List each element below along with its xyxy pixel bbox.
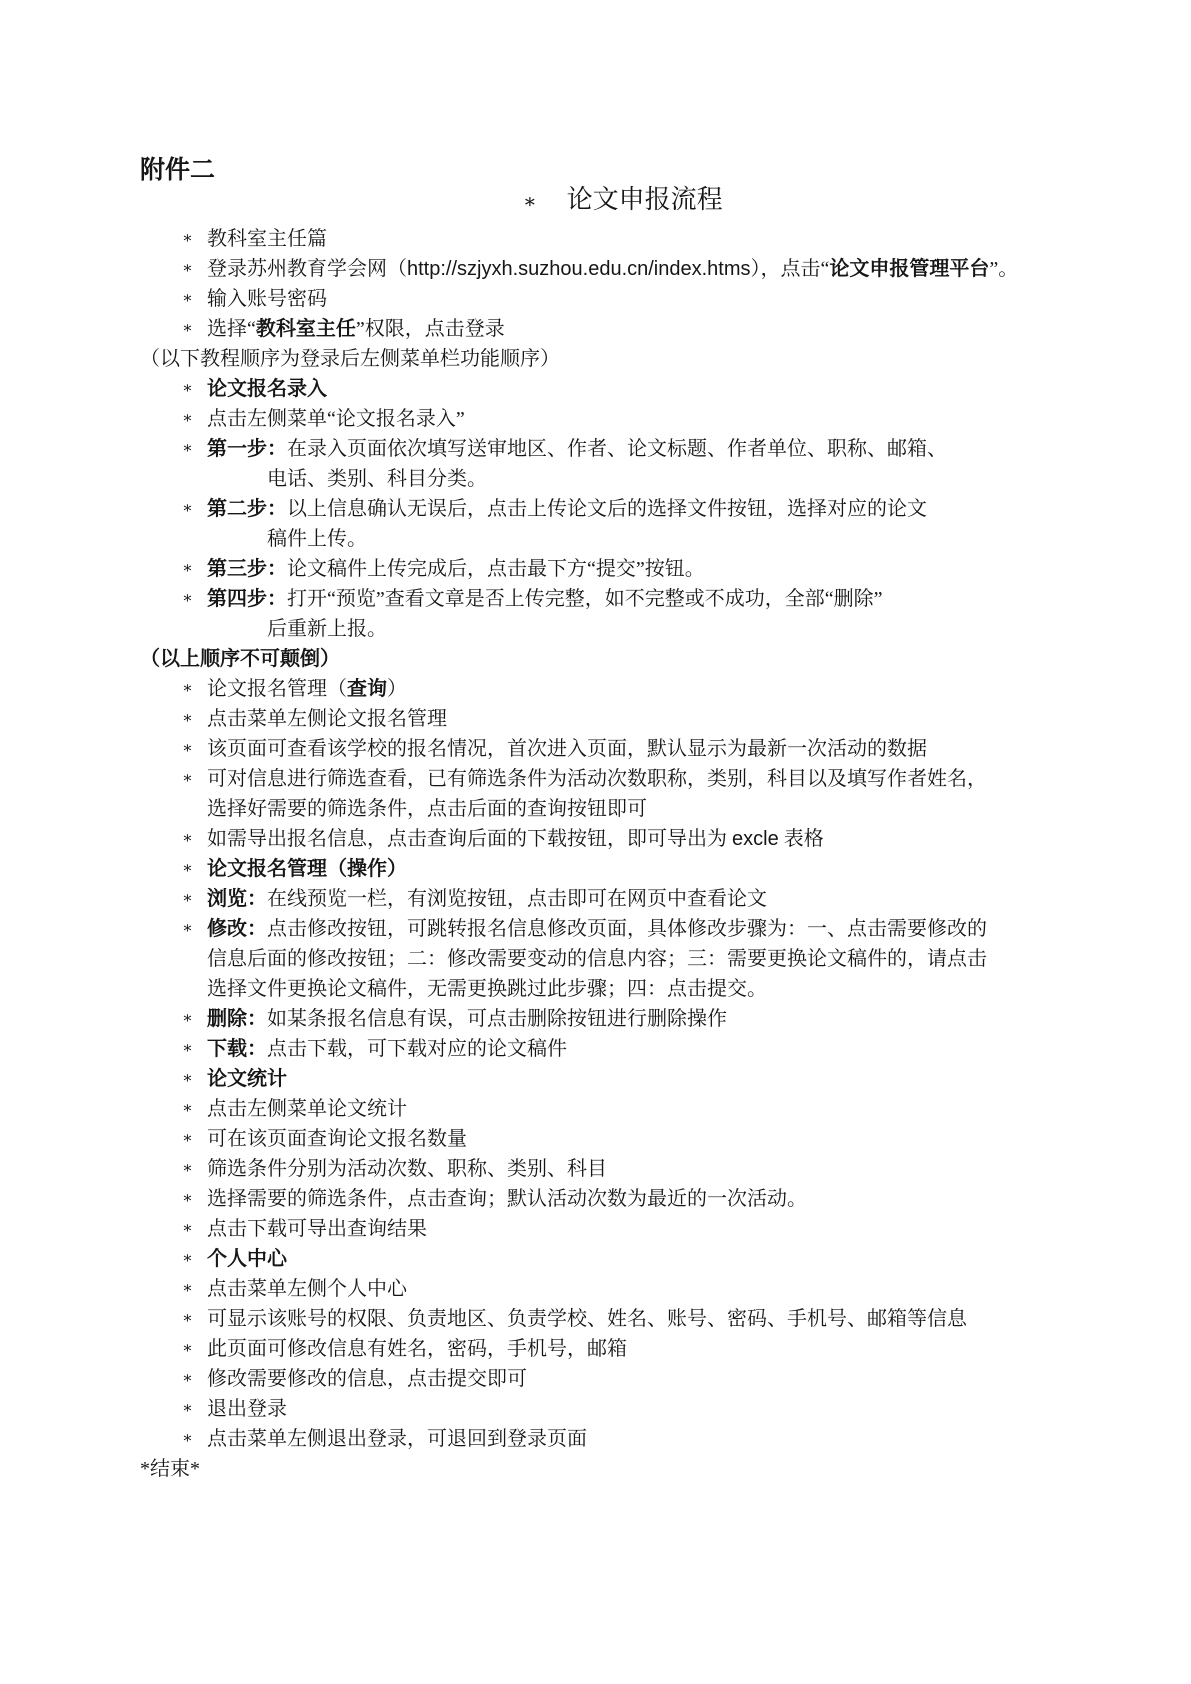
text-run: ）: [387, 678, 407, 700]
text-run: ”。: [989, 258, 1018, 280]
text-run: 登录苏州教育学会网（: [207, 258, 407, 280]
bullet-list-item: ∗论文统计: [0, 1064, 1191, 1094]
document-page: 附件二 ∗论文申报流程 ∗教科室主任篇∗登录苏州教育学会网（http://szj…: [0, 0, 1191, 1684]
text-run: 稿件上传。: [267, 528, 367, 550]
bullet-list-item: ∗可显示该账号的权限、负责地区、负责学校、姓名、账号、密码、手机号、邮箱等信息: [0, 1304, 1191, 1334]
text-run: 选择需要的筛选条件，点击查询；默认活动次数为最近的一次活动。: [207, 1188, 807, 1210]
bullet-marker-icon: ∗: [182, 314, 193, 344]
text-run: 点击下载，可下载对应的论文稿件: [267, 1038, 567, 1060]
text-run: 下载：: [207, 1038, 267, 1060]
text-run: 论文统计: [207, 1068, 287, 1090]
doc-line: 后重新上报。: [0, 614, 1191, 644]
text-run: 论文报名管理（: [207, 678, 347, 700]
text-run: 修改需要修改的信息，点击提交即可: [207, 1368, 527, 1390]
bullet-list-item: ∗退出登录: [0, 1394, 1191, 1424]
text-run: 筛选条件分别为活动次数、职称、类别、科目: [207, 1158, 607, 1180]
text-run: 论文稿件上传完成后，点击最下方“提交”按钮。: [287, 558, 705, 580]
text-run: 可显示该账号的权限、负责地区、负责学校、姓名、账号、密码、手机号、邮箱等信息: [207, 1308, 967, 1330]
text-run: 第三步：: [207, 558, 287, 580]
text-run: 后重新上报。: [267, 618, 387, 640]
bullet-list-item: ∗删除：如某条报名信息有误，可点击删除按钮进行删除操作: [0, 1004, 1191, 1034]
text-run: 如需导出报名信息，点击查询后面的下载按钮，即可导出为: [207, 828, 732, 850]
doc-line: 电话、类别、科目分类。: [0, 464, 1191, 494]
bullet-marker-icon: ∗: [182, 554, 193, 584]
bullet-list-item: ∗第三步：论文稿件上传完成后，点击最下方“提交”按钮。: [0, 554, 1191, 584]
text-run: 论文报名录入: [207, 378, 327, 400]
bullet-list-item: ∗可对信息进行筛选查看，已有筛选条件为活动次数职称，类别，科目以及填写作者姓名，: [0, 764, 1191, 794]
text-run: 删除：: [207, 1008, 267, 1030]
bullet-list-item: ∗个人中心: [0, 1244, 1191, 1274]
text-run: 论文报名管理（操作）: [207, 858, 407, 880]
bullet-list-item: ∗第二步：以上信息确认无误后，点击上传论文后的选择文件按钮，选择对应的论文: [0, 494, 1191, 524]
bullet-marker-icon: ∗: [182, 884, 193, 914]
bullet-marker-icon: ∗: [182, 1274, 193, 1304]
bullet-list-item: ∗该页面可查看该学校的报名情况，首次进入页面，默认显示为最新一次活动的数据: [0, 734, 1191, 764]
bullet-marker-icon: ∗: [182, 1394, 193, 1424]
bullet-list-item: ∗选择需要的筛选条件，点击查询；默认活动次数为最近的一次活动。: [0, 1184, 1191, 1214]
bullet-marker-icon: ∗: [182, 704, 193, 734]
bullet-list-item: ∗下载：点击下载，可下载对应的论文稿件: [0, 1034, 1191, 1064]
text-run: 第四步：: [207, 588, 287, 610]
text-run: 该页面可查看该学校的报名情况，首次进入页面，默认显示为最新一次活动的数据: [207, 738, 927, 760]
attachment-label: 附件二: [0, 155, 1191, 185]
text-run: 输入账号密码: [207, 288, 327, 310]
bullet-list-item: ∗论文报名管理（查询）: [0, 674, 1191, 704]
document-body: 附件二 ∗论文申报流程 ∗教科室主任篇∗登录苏州教育学会网（http://szj…: [0, 155, 1191, 1484]
bullet-list-item: ∗如需导出报名信息，点击查询后面的下载按钮，即可导出为 excle 表格: [0, 824, 1191, 854]
bullet-list-item: ∗第四步：打开“预览”查看文章是否上传完整，如不完整或不成功，全部“删除”: [0, 584, 1191, 614]
bullet-marker-icon: ∗: [182, 224, 193, 254]
bullet-list-item: ∗修改：点击修改按钮，可跳转报名信息修改页面，具体修改步骤为：一、点击需要修改的: [0, 914, 1191, 944]
text-run: 教科室主任: [256, 318, 356, 340]
text-run: http://szjyxh.suzhou.edu.cn/index.htms: [407, 258, 751, 280]
bullet-marker-icon: ∗: [182, 434, 193, 464]
text-run: 论文申报管理平台: [829, 258, 989, 280]
document-lines: ∗教科室主任篇∗登录苏州教育学会网（http://szjyxh.suzhou.e…: [0, 224, 1191, 1484]
text-run: 选择“: [207, 318, 256, 340]
doc-line: *结束*: [0, 1454, 1191, 1484]
bullet-marker-icon: ∗: [182, 1244, 193, 1274]
text-run: 选择好需要的筛选条件，点击后面的查询按钮即可: [207, 798, 647, 820]
bullet-marker-icon: ∗: [182, 1424, 193, 1454]
bullet-marker-icon: ∗: [182, 1064, 193, 1094]
bullet-marker-icon: ∗: [182, 914, 193, 944]
bullet-marker-icon: ∗: [182, 674, 193, 704]
bullet-list-item: ∗论文报名录入: [0, 374, 1191, 404]
bullet-marker-icon: ∗: [182, 254, 193, 284]
bullet-marker-icon: ∗: [182, 374, 193, 404]
title-bullet-marker: ∗: [523, 187, 537, 217]
text-run: 点击左侧菜单论文统计: [207, 1098, 407, 1120]
bullet-marker-icon: ∗: [182, 584, 193, 614]
text-run: 点击下载可导出查询结果: [207, 1218, 427, 1240]
bullet-marker-icon: ∗: [182, 1154, 193, 1184]
text-run: 在录入页面依次填写送审地区、作者、论文标题、作者单位、职称、邮箱、: [287, 438, 947, 460]
text-run: 表格: [779, 828, 824, 850]
bullet-list-item: ∗第一步：在录入页面依次填写送审地区、作者、论文标题、作者单位、职称、邮箱、: [0, 434, 1191, 464]
text-run: 个人中心: [207, 1248, 287, 1270]
bullet-list-item: ∗教科室主任篇: [0, 224, 1191, 254]
bullet-marker-icon: ∗: [182, 1214, 193, 1244]
text-run: 退出登录: [207, 1398, 287, 1420]
bullet-list-item: ∗输入账号密码: [0, 284, 1191, 314]
text-run: 选择文件更换论文稿件，无需更换跳过此步骤；四：点击提交。: [207, 978, 767, 1000]
bullet-marker-icon: ∗: [182, 404, 193, 434]
text-run: 点击菜单左侧退出登录，可退回到登录页面: [207, 1428, 587, 1450]
bullet-list-item: ∗点击下载可导出查询结果: [0, 1214, 1191, 1244]
text-run: 教科室主任篇: [207, 228, 327, 250]
text-run: 第一步：: [207, 438, 287, 460]
text-run: 点击菜单左侧论文报名管理: [207, 708, 447, 730]
bullet-list-item: ∗选择“教科室主任”权限，点击登录: [0, 314, 1191, 344]
doc-line: （以上顺序不可颠倒）: [0, 644, 1191, 674]
document-title-line: ∗论文申报流程: [0, 185, 1191, 217]
bullet-list-item: ∗点击左侧菜单“论文报名录入”: [0, 404, 1191, 434]
bullet-marker-icon: ∗: [182, 1304, 193, 1334]
bullet-list-item: ∗点击菜单左侧论文报名管理: [0, 704, 1191, 734]
text-run: 电话、类别、科目分类。: [267, 468, 487, 490]
text-run: 此页面可修改信息有姓名，密码，手机号，邮箱: [207, 1338, 627, 1360]
text-run: 点击左侧菜单“论文报名录入”: [207, 408, 465, 430]
text-run: 在线预览一栏，有浏览按钮，点击即可在网页中查看论文: [267, 888, 767, 910]
doc-line: 选择文件更换论文稿件，无需更换跳过此步骤；四：点击提交。: [0, 974, 1191, 1004]
doc-line: （以下教程顺序为登录后左侧菜单栏功能顺序）: [0, 344, 1191, 374]
bullet-marker-icon: ∗: [182, 1094, 193, 1124]
text-run: 修改：: [207, 918, 267, 940]
bullet-list-item: ∗此页面可修改信息有姓名，密码，手机号，邮箱: [0, 1334, 1191, 1364]
bullet-marker-icon: ∗: [182, 824, 193, 854]
bullet-marker-icon: ∗: [182, 284, 193, 314]
text-run: （以上顺序不可颠倒）: [140, 648, 340, 670]
bullet-list-item: ∗点击菜单左侧退出登录，可退回到登录页面: [0, 1424, 1191, 1454]
text-run: 打开“预览”查看文章是否上传完整，如不完整或不成功，全部“删除”: [287, 588, 883, 610]
text-run: 如某条报名信息有误，可点击删除按钮进行删除操作: [267, 1008, 727, 1030]
text-run: 查询: [347, 678, 387, 700]
text-run: 以上信息确认无误后，点击上传论文后的选择文件按钮，选择对应的论文: [287, 498, 927, 520]
bullet-marker-icon: ∗: [182, 1184, 193, 1214]
bullet-marker-icon: ∗: [182, 1004, 193, 1034]
text-run: ”权限，点击登录: [356, 318, 505, 340]
text-run: 点击菜单左侧个人中心: [207, 1278, 407, 1300]
bullet-list-item: ∗筛选条件分别为活动次数、职称、类别、科目: [0, 1154, 1191, 1184]
bullet-marker-icon: ∗: [182, 854, 193, 884]
bullet-list-item: ∗点击菜单左侧个人中心: [0, 1274, 1191, 1304]
bullet-marker-icon: ∗: [182, 494, 193, 524]
bullet-list-item: ∗可在该页面查询论文报名数量: [0, 1124, 1191, 1154]
text-run: 可对信息进行筛选查看，已有筛选条件为活动次数职称，类别，科目以及填写作者姓名，: [207, 768, 987, 790]
bullet-list-item: ∗点击左侧菜单论文统计: [0, 1094, 1191, 1124]
doc-line: 稿件上传。: [0, 524, 1191, 554]
text-run: 点击修改按钮，可跳转报名信息修改页面，具体修改步骤为：一、点击需要修改的: [267, 918, 987, 940]
text-run: 第二步：: [207, 498, 287, 520]
bullet-list-item: ∗浏览：在线预览一栏，有浏览按钮，点击即可在网页中查看论文: [0, 884, 1191, 914]
text-run: ），点击“: [751, 258, 830, 280]
bullet-list-item: ∗论文报名管理（操作）: [0, 854, 1191, 884]
bullet-marker-icon: ∗: [182, 1124, 193, 1154]
bullet-marker-icon: ∗: [182, 1334, 193, 1364]
bullet-marker-icon: ∗: [182, 764, 193, 794]
bullet-list-item: ∗修改需要修改的信息，点击提交即可: [0, 1364, 1191, 1394]
doc-line: 选择好需要的筛选条件，点击后面的查询按钮即可: [0, 794, 1191, 824]
text-run: 信息后面的修改按钮；二：修改需要变动的信息内容；三：需要更换论文稿件的，请点击: [207, 948, 987, 970]
text-run: 浏览：: [207, 888, 267, 910]
doc-line: 信息后面的修改按钮；二：修改需要变动的信息内容；三：需要更换论文稿件的，请点击: [0, 944, 1191, 974]
text-run: （以下教程顺序为登录后左侧菜单栏功能顺序）: [140, 348, 560, 370]
text-run: 可在该页面查询论文报名数量: [207, 1128, 467, 1150]
text-run: *结束*: [140, 1458, 200, 1480]
text-run: excle: [732, 828, 779, 850]
page-title: 论文申报流程: [567, 185, 723, 214]
bullet-marker-icon: ∗: [182, 734, 193, 764]
bullet-list-item: ∗登录苏州教育学会网（http://szjyxh.suzhou.edu.cn/i…: [0, 254, 1191, 284]
bullet-marker-icon: ∗: [182, 1364, 193, 1394]
bullet-marker-icon: ∗: [182, 1034, 193, 1064]
